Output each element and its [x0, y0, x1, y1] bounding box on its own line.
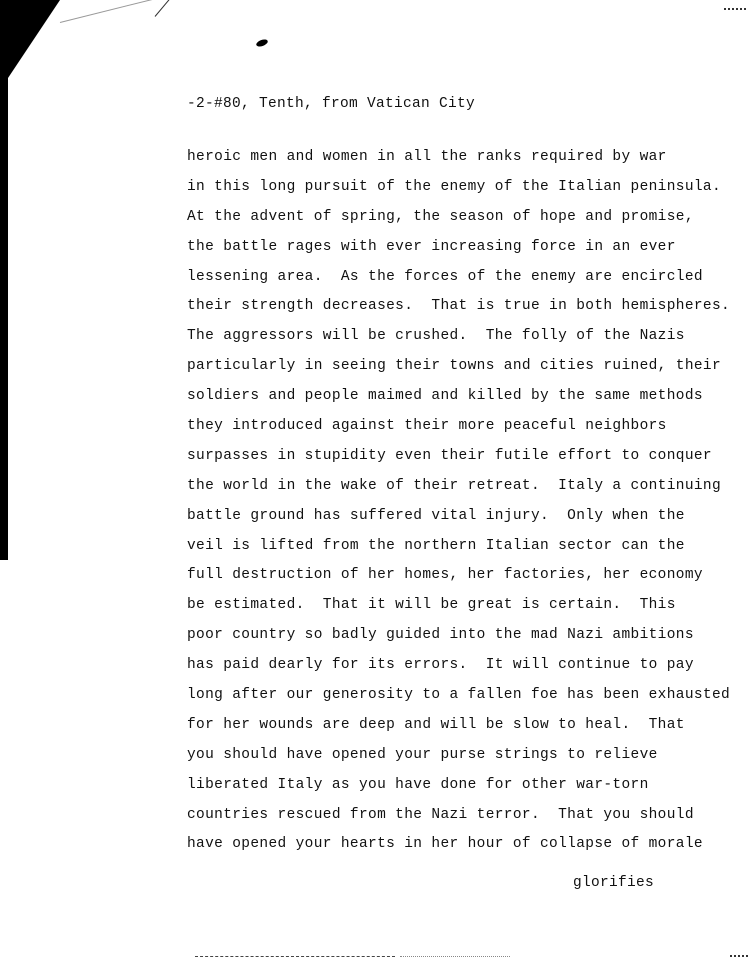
ink-blot: [255, 38, 268, 48]
catchword: glorifies: [573, 875, 654, 891]
scan-mark: [155, 0, 170, 17]
text-line: for her wounds are deep and will be slow…: [187, 711, 732, 741]
text-line: you should have opened your purse string…: [187, 741, 732, 771]
text-line: liberated Italy as you have done for oth…: [187, 771, 732, 801]
body-text: heroic men and women in all the ranks re…: [187, 143, 732, 860]
footer-rule: [195, 956, 395, 957]
text-line: lessening area. As the forces of the ene…: [187, 263, 732, 293]
scan-mark: [60, 0, 167, 23]
text-line: surpasses in stupidity even their futile…: [187, 442, 732, 472]
text-line: full destruction of her homes, her facto…: [187, 561, 732, 591]
text-line: battle ground has suffered vital injury.…: [187, 502, 732, 532]
text-line: heroic men and women in all the ranks re…: [187, 143, 732, 173]
text-line: countries rescued from the Nazi terror. …: [187, 801, 732, 831]
text-line: has paid dearly for its errors. It will …: [187, 651, 732, 681]
scan-corner-shadow: [0, 0, 60, 90]
text-line: long after our generosity to a fallen fo…: [187, 681, 732, 711]
text-line: have opened your hearts in her hour of c…: [187, 830, 732, 860]
text-line: particularly in seeing their towns and c…: [187, 352, 732, 382]
text-line: their strength decreases. That is true i…: [187, 292, 732, 322]
text-line: The aggressors will be crushed. The foll…: [187, 322, 732, 352]
text-line: in this long pursuit of the enemy of the…: [187, 173, 732, 203]
text-line: the battle rages with ever increasing fo…: [187, 233, 732, 263]
scan-mark: [730, 955, 748, 957]
footer-rule: [400, 956, 510, 957]
text-line: be estimated. That it will be great is c…: [187, 591, 732, 621]
scan-edge-shadow: [0, 0, 8, 560]
text-line: At the advent of spring, the season of h…: [187, 203, 732, 233]
page-header: -2-#80, Tenth, from Vatican City: [187, 96, 475, 112]
text-line: poor country so badly guided into the ma…: [187, 621, 732, 651]
text-line: the world in the wake of their retreat. …: [187, 472, 732, 502]
text-line: veil is lifted from the northern Italian…: [187, 532, 732, 562]
text-line: they introduced against their more peace…: [187, 412, 732, 442]
text-line: soldiers and people maimed and killed by…: [187, 382, 732, 412]
scan-mark: [724, 8, 746, 14]
